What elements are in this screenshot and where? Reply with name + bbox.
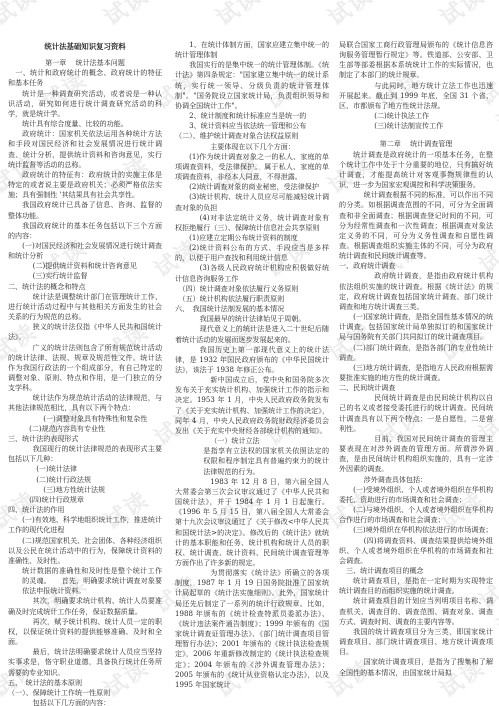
paragraph: (二)提供统计资料和统计咨询意见 — [8, 261, 162, 271]
paragraph: 统计法作为规范统计活动的法律规范，与其他法律规范相比，具有以下两个特点： — [8, 393, 162, 413]
paragraph: 3、统计资料应当依法统一管理和公布 — [175, 121, 329, 131]
paragraph: 一、统计和政府统计的概念、政府统计的特征和基本任务 — [8, 68, 162, 88]
paragraph: (四)将调查资料、调查结果提供给境外组织、个人或者境外组织在华机构的市场调查和社… — [339, 536, 493, 566]
paragraph: 统计调查是政府统计的一项基本任务，在整个统计工作中处于十分重要的地位，只有搞好统… — [339, 150, 493, 191]
paragraph: 二、统计法的概念和特点 — [8, 282, 162, 292]
paragraph: (二)统计行政法规 — [8, 475, 162, 485]
paragraph: （二）、维护统计调查对象合法权益原则 — [175, 131, 329, 141]
paragraph: (二)统计执法工作 — [339, 111, 493, 121]
paragraph: 国家统计调查项目，是指为了搜集和了解全国性的基本情况，由国家统计局拟 — [339, 657, 493, 677]
paragraph: (三)境外组织在华机构依法进行的市场调查； — [339, 525, 493, 535]
paragraph: 统计调查项目的计划应当列明项目名称、调查机关、调查目的、调查范围、调查对象、调查… — [339, 596, 493, 626]
paragraph: 目前，我国对民间统计调查的管理主要表现在对涉外调查的管理方面。所谓涉外调查，是由… — [339, 434, 493, 475]
column-body: 局联合国家工商行政管理局颁布的《统计信息咨询服务管理暂行规定》等。铁道部、公安部… — [339, 40, 493, 678]
paragraph: 是指享有立法权的国家机关依照法定的权限和程序制定具有普遍约束力的统计法律规范的行… — [175, 446, 329, 476]
paragraph: 统计调查根据不同的标准，可以作出不同的分类。如根据调查范围的不同，可分为全面调查… — [339, 190, 493, 261]
paragraph: 一、政府统计调查 — [339, 261, 493, 271]
paragraph: 为贯彻落实《统计法》所确立的各项制度，1987 年 1 月 19 日国务院批准了… — [175, 568, 329, 690]
column-middle: 1、在统计体制方面，国家应建立集中统一的统计管理体制我国实行的是集中统一的统计管… — [175, 40, 329, 690]
paragraph: (3)统计机构、统计人员应尽可能减轻统计调查对象的负担 — [175, 192, 329, 212]
paragraph: (二)部门统计调查，是指各部门的专业性统计调查。 — [339, 343, 493, 363]
paragraph: 三、统计调查项目的概念 — [339, 566, 493, 576]
watermark-text: 试读 — [321, 0, 378, 32]
paragraph: 政府统计调查，是指由政府统计机构依法组织实施的统计调查。根据《统计法》的规定，政… — [339, 271, 493, 312]
watermark-text: 试读 — [0, 0, 43, 32]
paragraph: (三)地方统计调查，是指地方人民政府根据需要批准实施的地方性的统计调查。 — [339, 363, 493, 383]
paragraph: 统计法是调整统计部门在管理统计工作、进行统计活动过程中与其他相关方面发生的社会关… — [8, 292, 162, 322]
paragraph: 政府统计：国家机关依法运用各种统计方法和手段对国民经济和社会发展情况进行统计调查… — [8, 129, 162, 170]
spacer — [339, 131, 493, 139]
paragraph: 二、民间统计调查 — [339, 383, 493, 393]
paragraph: (四)统计行政规章 — [8, 495, 162, 505]
paragraph: （五）统计机构依法履行职责原则 — [175, 294, 329, 304]
paragraph: 三、统计法的表现形式 — [8, 434, 162, 444]
paragraph: (2)统计调查对象的商业秘密，受法律保护 — [175, 182, 329, 192]
paragraph: 新中国成立后，党中央和国务院多次发布关于充实统计机构、加强统计工作的指示和决定。… — [175, 375, 329, 436]
paragraph: 包括以下几方面的内容： — [8, 698, 162, 706]
paragraph: (4)对非法定统计义务，统计调查对象有权拒绝履行（三）、保障统计信息社会共享原则 — [175, 213, 329, 233]
paragraph: 我国政府统计已具备了信息、咨询、监督的整体功能。 — [8, 200, 162, 220]
paragraph: 主要体现在以下几个方面： — [175, 142, 329, 152]
paragraph: 我国历史上第一部现代意义上的统计法律，是 1932 年国民政府颁布的《中华民国统… — [175, 345, 329, 375]
paragraph: (1)作为统计调查对象之一的私人、家庭的单项调查资料，受法律保护。 属于私人、家… — [175, 152, 329, 182]
watermark-text: 试读 — [97, 0, 154, 32]
paragraph: 统计调查项目，是指在一定时期为实现特定统计调查目的而组织实施的统计调查。 — [339, 576, 493, 596]
watermark-text: 试读 — [433, 0, 490, 32]
paragraph: 统计是一种调查研究活动，或者说是一种认识活动，研究如何进行统计调查研究活动的科学… — [8, 89, 162, 119]
paragraph: (二)规范国家机关、社会团体、各种经济组织以及公民在统计活动中的行为，保障统计资… — [8, 536, 162, 566]
chapter-heading: 第二章 统计调查管理 — [339, 139, 493, 149]
paragraph: 1、在统计体制方面，国家应建立集中统一的统计管理体制 — [175, 40, 329, 60]
paragraph: 我国最早的统计法律始见于周朝。 — [175, 314, 329, 324]
column-left: 统计法基础知识复习资料 第一章 统计法基本问题 一、统计和政府统计的概念、政府统… — [8, 40, 162, 706]
column-right: 局联合国家工商行政管理局颁布的《统计信息咨询服务管理暂行规定》等。铁道部、公安部… — [339, 40, 493, 678]
paragraph: 局联合国家工商行政管理局颁布的《统计信息咨询服务管理暂行规定》等。铁道部、公安部… — [339, 40, 493, 81]
paragraph: （一）统计立法 — [175, 436, 329, 446]
paragraph: (三)统计法制宣传工作 — [339, 121, 493, 131]
chapter-heading: 第一章 统计法基本问题 — [8, 58, 162, 68]
paragraph: 统计具有综合度量、比较的功能。 — [8, 119, 162, 129]
paragraph: (2)统计资料公布的方式、手段应当是多样的，以便于用户查找和利用统计信息 — [175, 243, 329, 263]
paragraph: 政府统计的特征有：政府统计的实施主体是特定的或者说主要是政府机关；必须严格依法实… — [8, 170, 162, 200]
paragraph: (二)规范内容具有专业性 — [8, 424, 162, 434]
paragraph: 再次，赋予统计机构、统计人员一定的职权，以保证统计资料的提供能够准确、及时和全面… — [8, 617, 162, 647]
paragraph: 统计数据的准确性和及时性是整个统计工作的灵魂。 首先，明确要求统计调查对象要依法… — [8, 566, 162, 596]
paragraph: 我国的统计调查项目分为三类，即国家统计调查项目、部门统计调查项目、地方统计调查项… — [339, 627, 493, 657]
paragraph: 其次，明确要求统计机构、统计人员要准确及时完成统计工作任务，保证数据质量。 — [8, 596, 162, 616]
paragraph: (一)调整对象具有特殊性和复杂性 — [8, 414, 162, 424]
paragraph: 我国实行的是集中统一的统计管理体制。《统计法》第四条规定："国家建立集中统一的统… — [175, 60, 329, 111]
paragraph: 与此同时，地方统计立法工作也迅速开展起来。截止到 1999 年底，全国 31 个… — [339, 81, 493, 111]
paragraph: 广义的统计法则包含了所有规范统计活动的统计法律、法规、规章及规范性文件。统计法作… — [8, 343, 162, 394]
paragraph: (一)有效地、科学地组织统计工作，推进统计工作的现代化进程 — [8, 515, 162, 535]
paragraph: 我国政府统计的基本任务包括以下三个方面的内容： — [8, 221, 162, 241]
paragraph: 民间统计调查是由民间统计机构以自己的名义或者接受委托进行的统计调查。民间统计调查… — [339, 393, 493, 434]
paragraph: 现代意义上的统计法是进入二十世纪后随着统计活动的发展而逐步发展起来的。 — [175, 324, 329, 344]
document-title: 统计法基础知识复习资料 — [8, 42, 162, 52]
paragraph: （一）、保障统计工作统一性原则 — [8, 688, 162, 698]
paragraph: 1983 年 12 月 8 日，第六届全国人大常委会第三次会议审议通过了《中华人… — [175, 477, 329, 568]
paragraph: （四）统计调查对象依法履行义务原则 — [175, 284, 329, 294]
paragraph: (二)与境外组织、个人或者境外组织在华机构合作进行的市场调查和社会调查； — [339, 505, 493, 525]
paragraph: (一)国家统计调查，是指全国性基本情况的统计调查，包括国家统计局单独拟订的和国家… — [339, 312, 493, 342]
paragraph: (一)对国民经济和社会发展情况进行统计调查和统计分析 — [8, 241, 162, 261]
paragraph: 狭义的统计法仅指《中华人民共和国统计法》。 — [8, 322, 162, 342]
paragraph: 四、统计法的作用 — [8, 505, 162, 515]
paragraph: 五、 统计法的基本原则 — [8, 678, 162, 688]
paragraph: 我国现行的统计法律规范的表现形式主要包括以下几种： — [8, 444, 162, 464]
column-body: 1、在统计体制方面，国家应建立集中统一的统计管理体制我国实行的是集中统一的统计管… — [175, 40, 329, 690]
paragraph: 六、 我国统计法制发展的基本情况 — [175, 304, 329, 314]
paragraph: (一)受境外组织、个人或者境外组织在华机构委托、资助进行的市场调查和社会调查； — [339, 485, 493, 505]
paragraph: 2、统计制度和统计标准应当是统一的 — [175, 111, 329, 121]
paragraph: (1)应建立定期公布统计资料的制度 — [175, 233, 329, 243]
paragraph: (一)统计法律 — [8, 464, 162, 474]
paragraph: (三)实行统计监督 — [8, 271, 162, 281]
paragraph: 涉外调查具体包括： — [339, 475, 493, 485]
watermark-text: 试读 — [209, 0, 266, 32]
paragraph: (3)各级人民政府统计机构应积极做好统计信息咨询服务工作 — [175, 263, 329, 283]
column-body: 第一章 统计法基本问题 一、统计和政府统计的概念、政府统计的特征和基本任务统计是… — [8, 58, 162, 706]
paragraph: 最后，统计法明确要求统计人员应当坚持实事求是，恪守职业道德，具备执行统计任务所需… — [8, 647, 162, 677]
paragraph: (三)地方性统计法规 — [8, 485, 162, 495]
